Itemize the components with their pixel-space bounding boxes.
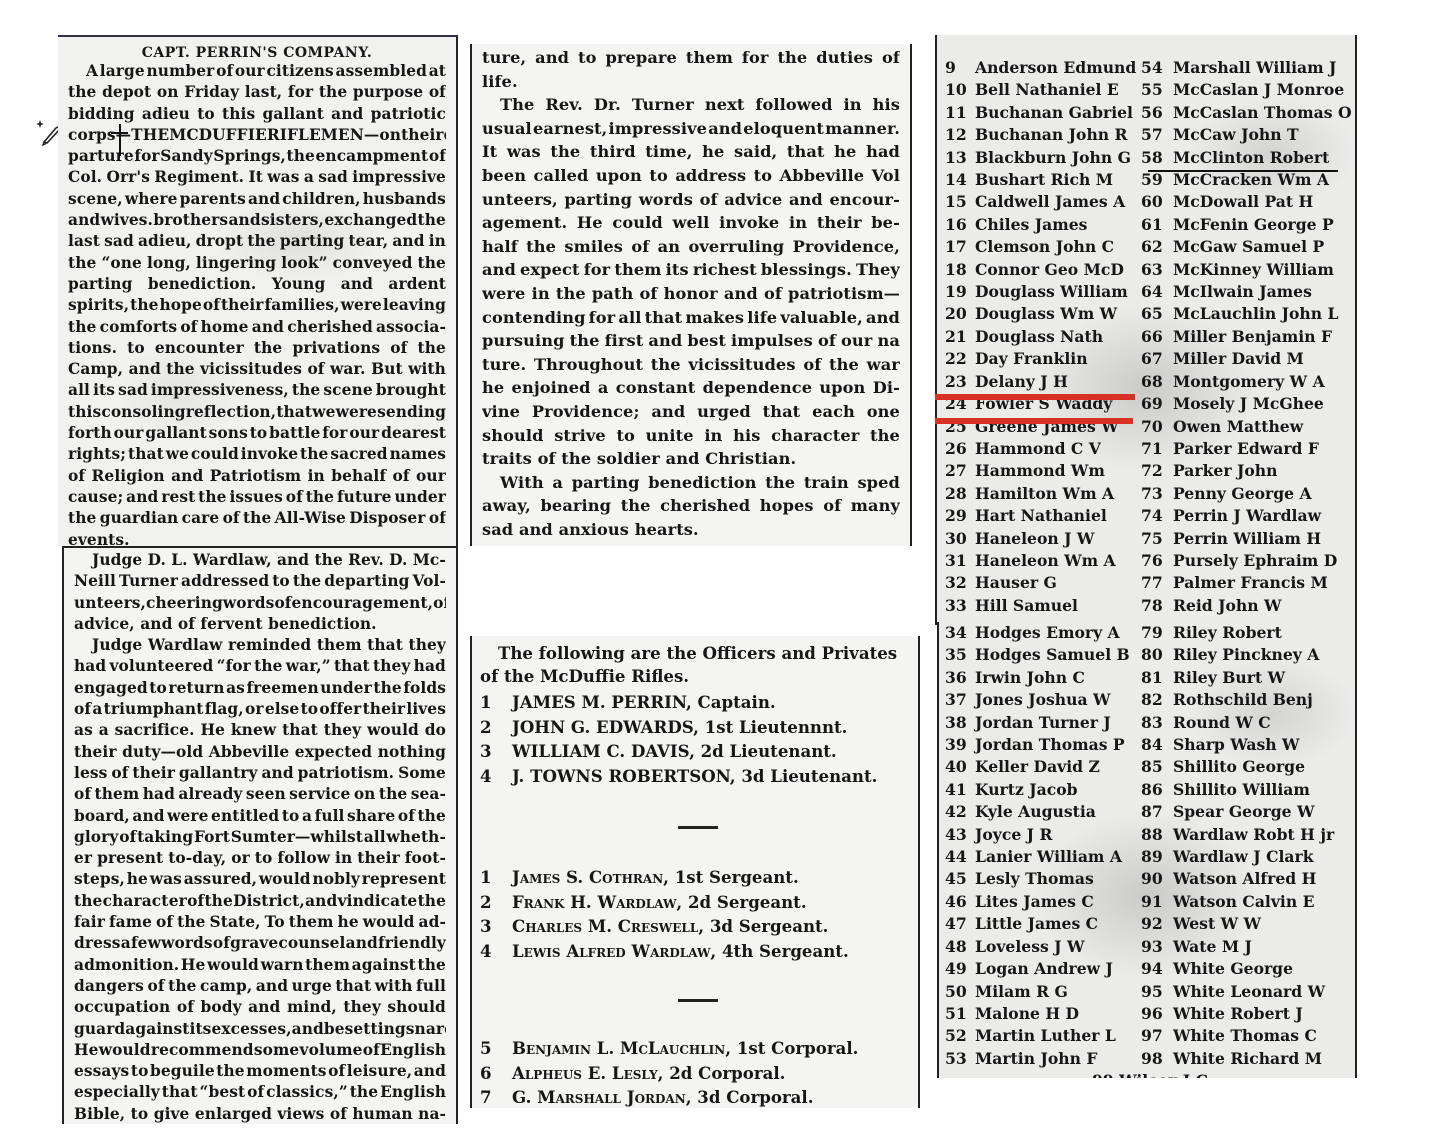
text-line: life. xyxy=(482,70,900,94)
text-line: usualearnest,impressiveandeloquentmanner… xyxy=(482,117,900,141)
text-line: thecharacteroftheDistrict,andvindicateth… xyxy=(74,891,446,912)
text-line: beencalledupontoaddresstoAbbevilleVol xyxy=(482,164,900,188)
text-line: the“onelong,lingeringlook”conveyedthe xyxy=(68,253,446,274)
text-line: especiallythat“bestofclassics,”theEnglis… xyxy=(74,1082,446,1103)
roster-row: 21Douglass Nath66Miller Benjamin F xyxy=(945,326,1355,348)
roster-row: 2JOHN G. EDWARDS, 1st Lieutennnt. xyxy=(480,715,908,740)
roster-row: 16Chiles James61McFenin George P xyxy=(945,214,1355,236)
roster-row: 4J. TOWNS ROBERTSON, 3d Lieutenant. xyxy=(480,764,908,789)
roster-row: 1James S. Cothran, 1st Sergeant. xyxy=(480,865,908,890)
text-line: Withapartingbenedictionthetrainsped xyxy=(482,471,900,495)
roster-row: 48Loveless J W93Wate M J xyxy=(945,936,1355,958)
text-line: JudgeWardlawremindedthemthatthey xyxy=(74,635,446,656)
text-line: away,bearingthecherishedhopesofmany xyxy=(482,494,900,518)
text-line: dangersofthecamp,andurgethatwithfull xyxy=(74,976,446,997)
text-line: corps—THEMCDUFFIERIFLEMEN—ontheirde- xyxy=(68,125,446,146)
roster-row: 13Blackburn John G58McClinton Robert xyxy=(945,147,1355,169)
text-line: thisconsolingreflection,thatweweresendin… xyxy=(68,402,446,423)
text-line: spirits,thehopeoftheirfamilies,wereleavi… xyxy=(68,295,446,316)
privates-clip: 9Anderson Edmund54Marshall William J10Be… xyxy=(935,35,1357,625)
roster-row: 22Day Franklin67Miller David M xyxy=(945,348,1355,370)
text-line: guardagainstitsexcesses,andbesettingsnar… xyxy=(74,1019,446,1040)
text-line: partingbenediction.Youngandardent xyxy=(68,274,446,295)
text-line: ture,andtopreparethemforthedutiesof xyxy=(482,46,900,70)
article-clip-2: JudgeD.L.Wardlaw,andtheRev.D.Mc-NeillTur… xyxy=(62,546,458,1124)
text-line: partureforSandySprings,theencampmentof xyxy=(68,146,446,167)
text-line: contendingforallthatmakeslifevaluable,an… xyxy=(482,306,900,330)
privates-roster-bottom: 34Hodges Emory A79Riley Robert35Hodges S… xyxy=(945,622,1355,1070)
text-line: ofatriumphantflag,orelsetooffertheirlive… xyxy=(74,699,446,720)
text-line: Camp,andthevicissitudesofwar.Butwith xyxy=(68,359,446,380)
roster-row: 14Bushart Rich M59McCracken Wm A xyxy=(945,169,1355,191)
roster-row: 44Lanier William A89Wardlaw J Clark xyxy=(945,846,1355,868)
roster-row: 50Milam R G95White Leonard W xyxy=(945,981,1355,1003)
handwritten-underline xyxy=(1148,170,1338,172)
roster-row: 17Clemson John C62McGaw Samuel P xyxy=(945,236,1355,258)
section-divider xyxy=(678,999,718,1002)
privates-clip-2: 34Hodges Emory A79Riley Robert35Hodges S… xyxy=(937,622,1357,1078)
roster-row: 23Delany J H68Montgomery W A xyxy=(945,371,1355,393)
roster-row: 42Kyle Augustia87Spear George W xyxy=(945,801,1355,823)
roster-row: 15Caldwell James A60McDowall Pat H xyxy=(945,191,1355,213)
text-line: occupationofbodyandmind,theyshould xyxy=(74,997,446,1018)
text-line: gloryoftakingFortSumter—whilstallwheth- xyxy=(74,827,446,848)
text-line: events. xyxy=(68,530,446,546)
text-line: ture.Throughoutthevicissitudesofthewar xyxy=(482,353,900,377)
text-line: tions.toencountertheprivationsofthe xyxy=(68,338,446,359)
text-line: traits of the soldier and Christian. xyxy=(482,447,900,471)
text-line: Col.Orr'sRegiment.Itwasasadimpressive xyxy=(68,167,446,188)
officers-clip: The following are the Officers and Priva… xyxy=(470,636,920,1108)
roster-row: 49Logan Andrew J94White George xyxy=(945,958,1355,980)
text-line: sad and anxious hearts. xyxy=(482,518,900,542)
text-line: ofReligionandPatriotisminbehalfofour xyxy=(68,466,446,487)
roster-row: 43Joyce J R88Wardlaw Robt H jr xyxy=(945,824,1355,846)
text-line: HewouldrecommendsomevolumeofEnglish xyxy=(74,1040,446,1061)
article-headline: CAPT. PERRIN'S COMPANY. xyxy=(58,45,456,61)
roster-row: 9Anderson Edmund54Marshall William J xyxy=(945,57,1355,79)
text-line: agement.Hecouldwellinvokeintheirbe- xyxy=(482,211,900,235)
text-line: andexpectforthemitsrichestblessings.They xyxy=(482,258,900,282)
roster-row: 6Alpheus E. Lesly, 2d Corporal. xyxy=(480,1061,908,1086)
text-line: Bible, to give enlarged views of human n… xyxy=(74,1104,446,1124)
roster-row: 2Frank H. Wardlaw, 2d Sergeant. xyxy=(480,890,908,915)
text-line: thecomfortsofhomeandcherishedassocia- xyxy=(68,317,446,338)
roster-row: 46Lites James C91Watson Calvin E xyxy=(945,891,1355,913)
roster-row: 40Keller David Z85Shillito George xyxy=(945,756,1355,778)
section-divider xyxy=(678,826,718,829)
roster-row: 12Buchanan John R57McCaw John T xyxy=(945,124,1355,146)
text-line: heenjoinedaconstantdependenceuponDi- xyxy=(482,376,900,400)
text-line: essaystobeguilethemomentsofleisure,and xyxy=(74,1061,446,1082)
roster-intro: The following are the Officers and Priva… xyxy=(480,642,908,688)
roster-row: 34Hodges Emory A79Riley Robert xyxy=(945,622,1355,644)
text-line: andwives.brothersandsisters,exchangedthe xyxy=(68,210,446,231)
officers-list: 1JAMES M. PERRIN, Captain.2JOHN G. EDWAR… xyxy=(480,690,908,788)
roster-intro-line-1: The following are the Officers and Priva… xyxy=(480,642,908,665)
text-line: board,andwereentitledtoafullshareofthe xyxy=(74,806,446,827)
roster-row: 18Connor Geo McD63McKinney William xyxy=(945,259,1355,281)
roster-row: 3Charles M. Creswell, 3d Sergeant. xyxy=(480,914,908,939)
text-line: unteers,partingwordsofadviceandencour- xyxy=(482,188,900,212)
text-line: vineProvidence;andurgedthateachone xyxy=(482,400,900,424)
roster-row: 32Hauser G77Palmer Francis M xyxy=(945,572,1355,594)
roster-row: 51Malone H D96White Robert J xyxy=(945,1003,1355,1025)
roster-row: 33Hill Samuel78Reid John W xyxy=(945,595,1355,617)
text-line: biddingadieutothisgallantandpatriotic xyxy=(68,104,446,125)
roster-row: 41Kurtz Jacob86Shillito William xyxy=(945,779,1355,801)
roster-row: 10Bell Nathaniel E55McCaslan J Monroe xyxy=(945,79,1355,101)
article-paragraph-2: JudgeD.L.Wardlaw,andtheRev.D.Mc-NeillTur… xyxy=(64,550,456,1124)
text-cursor-bar xyxy=(111,132,128,134)
text-line: Itwasthethirdtime,hesaid,thathehad xyxy=(482,140,900,164)
text-line: forthourgallantsonstobattleforourdearest xyxy=(68,423,446,444)
roster-intro-line-2: of the McDuffie Rifles. xyxy=(480,665,908,688)
privates-roster-top: 9Anderson Edmund54Marshall William J10Be… xyxy=(945,57,1355,617)
roster-row: 30Haneleon J W75Perrin William H xyxy=(945,528,1355,550)
roster-row: 4Lewis Alfred Wardlaw, 4th Sergeant. xyxy=(480,939,908,964)
corporals-list: 5Benjamin L. McLauchlin, 1st Corporal.6A… xyxy=(480,1036,908,1108)
text-line: JudgeD.L.Wardlaw,andtheRev.D.Mc- xyxy=(74,550,446,571)
text-line: allitssadimpressiveness,thescenebrought xyxy=(68,380,446,401)
text-line: pursuingthefirstandbestimpulsesofourna xyxy=(482,329,900,353)
text-line: rights;thatwecouldinvokethesacrednames xyxy=(68,444,446,465)
roster-row: 29Hart Nathaniel74Perrin J Wardlaw xyxy=(945,505,1355,527)
text-line: theirduty—oldAbbevilleexpectednothing xyxy=(74,742,446,763)
sergeants-list: 1James S. Cothran, 1st Sergeant.2Frank H… xyxy=(480,865,908,963)
roster-row: 19Douglass William64McIlwain James xyxy=(945,281,1355,303)
text-line: thedepotonFridaylast,forthepurposeof xyxy=(68,82,446,103)
text-line: shouldstrivetouniteinhischaracterthe xyxy=(482,424,900,448)
roster-last-entry: 99 Wilcox J C xyxy=(945,1070,1355,1078)
roster-row: 5Benjamin L. McLauchlin, 1st Corporal. xyxy=(480,1036,908,1061)
roster-row: 38Jordan Turner J83Round W C xyxy=(945,712,1355,734)
text-cursor-icon xyxy=(119,124,121,156)
article-clip-1: CAPT. PERRIN'S COMPANY. Alargenumberofou… xyxy=(58,35,458,546)
text-line: lessoftheirgallantryandpatriotism.Some xyxy=(74,763,446,784)
text-line: Alargenumberofourcitizensassembledat xyxy=(68,61,446,82)
text-line: asasacrifice.Heknewthattheywoulddo xyxy=(74,720,446,741)
text-line: theguardiancareoftheAll-WiseDisposerof xyxy=(68,508,446,529)
text-line: halfthesmilesofanoverrulingProvidence, xyxy=(482,235,900,259)
roster-row: 3WILLIAM C. DAVIS, 2d Lieutenant. xyxy=(480,739,908,764)
roster-row: 53Martin John F98White Richard M xyxy=(945,1048,1355,1070)
text-line: unteers,cheeringwordsofencouragement,of xyxy=(74,593,446,614)
text-line: admonition.Hewouldwarnthemagainstthe xyxy=(74,955,446,976)
text-line: TheRev.Dr.Turnernextfollowedinhis xyxy=(482,93,900,117)
roster-row: 1JAMES M. PERRIN, Captain. xyxy=(480,690,908,715)
text-line: dressafewwordsofgravecounselandfriendly xyxy=(74,933,446,954)
roster-row: 26Hammond C V71Parker Edward F xyxy=(945,438,1355,460)
roster-row: 35Hodges Samuel B80Riley Pinckney A xyxy=(945,644,1355,666)
text-line: lastsadadieu,droptthepartingtear,andin xyxy=(68,231,446,252)
highlight-bar-bottom xyxy=(935,418,1133,424)
text-line: cause;andresttheissuesofthefutureunder xyxy=(68,487,446,508)
roster-row: 36Irwin John C81Riley Burt W xyxy=(945,667,1355,689)
highlight-bar-top xyxy=(935,394,1135,400)
roster-row: 52Martin Luther L97White Thomas C xyxy=(945,1025,1355,1047)
roster-row: 27Hammond Wm72Parker John xyxy=(945,460,1355,482)
text-line: wereinthepathofhonorandofpatriotism— xyxy=(482,282,900,306)
roster-row: 45Lesly Thomas90Watson Alfred H xyxy=(945,868,1355,890)
text-line: engagedtoreturnasfreemenunderthefolds xyxy=(74,678,446,699)
text-line: scene,whereparentsandchildren,husbands xyxy=(68,189,446,210)
roster-row: 39Jordan Thomas P84Sharp Wash W xyxy=(945,734,1355,756)
article-paragraph-3: ture,andtopreparethemforthedutiesoflife.… xyxy=(472,46,910,541)
text-line: NeillTurneraddressedtothedepartingVol- xyxy=(74,571,446,592)
roster-row: 20Douglass Wm W65McLauchlin John L xyxy=(945,303,1355,325)
roster-row: 28Hamilton Wm A73Penny George A xyxy=(945,483,1355,505)
text-line: fairfameoftheState,Tothemhewouldad- xyxy=(74,912,446,933)
roster-row: 37Jones Joshua W82Rothschild Benj xyxy=(945,689,1355,711)
text-line: steps,hewasassured,wouldnoblyrepresent xyxy=(74,869,446,890)
text-line: advice, and of fervent benediction. xyxy=(74,614,446,635)
roster-row: 11Buchanan Gabriel56McCaslan Thomas O xyxy=(945,102,1355,124)
roster-row: 7G. Marshall Jordan, 3d Corporal. xyxy=(480,1085,908,1108)
text-line: ofthemhadalreadyseenserviceonthesea- xyxy=(74,784,446,805)
article-clip-3: ture,andtopreparethemforthedutiesoflife.… xyxy=(470,44,912,546)
text-line: hadvolunteered“forthewar,”thattheyhad xyxy=(74,656,446,677)
roster-row: 47Little James C92West W W xyxy=(945,913,1355,935)
roster-row: 31Haneleon Wm A76Pursely Ephraim D xyxy=(945,550,1355,572)
text-line: erpresentto-day,ortofollowintheirfoot- xyxy=(74,848,446,869)
